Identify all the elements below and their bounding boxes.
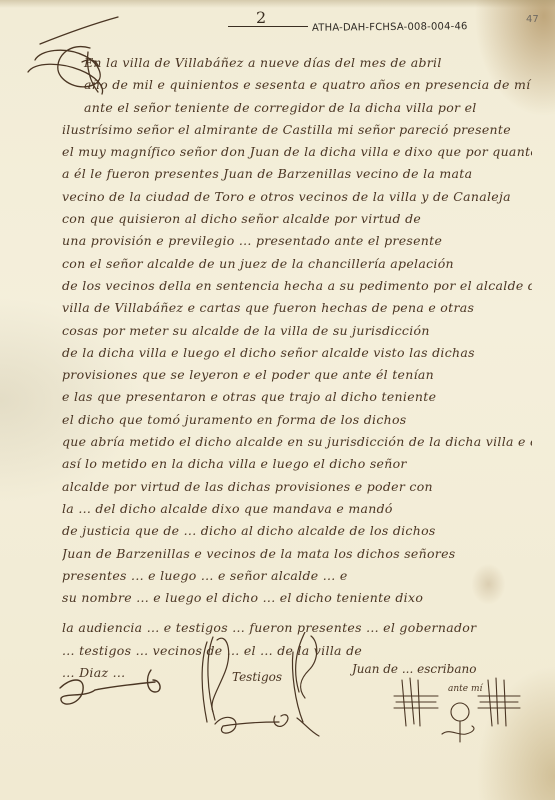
manuscript-line: Juan de Barzenillas e vecinos de la mata… (62, 543, 532, 565)
manuscript-line: que abría metido el dicho alcalde en su … (62, 431, 532, 453)
manuscript-line: año de mil e quinientos e sesenta e quat… (62, 74, 532, 96)
manuscript-line: de justicia que de ... dicho al dicho al… (62, 520, 532, 542)
manuscript-line: e las que presentaron e otras que trajo … (62, 386, 532, 408)
manuscript-line: la ... del dicho alcalde dixo que mandav… (62, 498, 532, 520)
manuscript-line: el dicho que tomó juramento en forma de … (62, 409, 532, 431)
manuscript-line: ante el señor teniente de corregidor de … (62, 97, 532, 119)
manuscript-line: así lo metido en la dicha villa e luego … (62, 453, 532, 475)
manuscript-line: presentes ... e luego ... e señor alcald… (62, 565, 532, 587)
manuscript-line: con el señor alcalde de un juez de la ch… (62, 253, 532, 275)
manuscript-line: su nombre ... e luego el dicho ... el di… (62, 587, 532, 609)
manuscript-line: ilustrísimo señor el almirante de Castil… (62, 119, 532, 141)
manuscript-line: villa de Villabáñez e cartas que fueron … (62, 297, 532, 319)
manuscript-line: vecino de la ciudad de Toro e otros veci… (62, 186, 532, 208)
folio-number: 47 (526, 14, 539, 25)
witnesses-label: Testigos (232, 670, 282, 684)
left-rubric-signature (55, 668, 165, 718)
manuscript-line: En la villa de Villabáñez a nueve días d… (62, 52, 532, 74)
witness-signatures (195, 632, 345, 742)
manuscript-line: con que quisieron al dicho señor alcalde… (62, 208, 532, 230)
notary-mark-text: ante mí (448, 684, 482, 694)
paper-edge-shadow (0, 0, 555, 8)
section-marker: 2 (256, 8, 266, 27)
manuscript-line: a él le fueron presentes Juan de Barzeni… (62, 163, 532, 185)
manuscript-line: de los vecinos della en sentencia hecha … (62, 275, 532, 297)
manuscript-body: En la villa de Villabáñez a nueve días d… (62, 52, 532, 684)
manuscript-line: cosas por meter su alcalde de la villa d… (62, 320, 532, 342)
document-page: 2 ATHA-DAH-FCHSA-008-004-46 47 En la vil… (0, 0, 555, 800)
manuscript-line: alcalde por virtud de las dichas provisi… (62, 476, 532, 498)
manuscript-line: una provisión e previlegio ... presentad… (62, 230, 532, 252)
manuscript-line: de la dicha villa e luego el dicho señor… (62, 342, 532, 364)
manuscript-line: provisiones que se leyeron e el poder qu… (62, 364, 532, 386)
archive-reference: ATHA-DAH-FCHSA-008-004-46 (312, 21, 468, 34)
manuscript-line: el muy magnífico señor don Juan de la di… (62, 141, 532, 163)
notary-name-label: Juan de ... escribano (352, 662, 476, 676)
section-marker-line (228, 26, 308, 27)
